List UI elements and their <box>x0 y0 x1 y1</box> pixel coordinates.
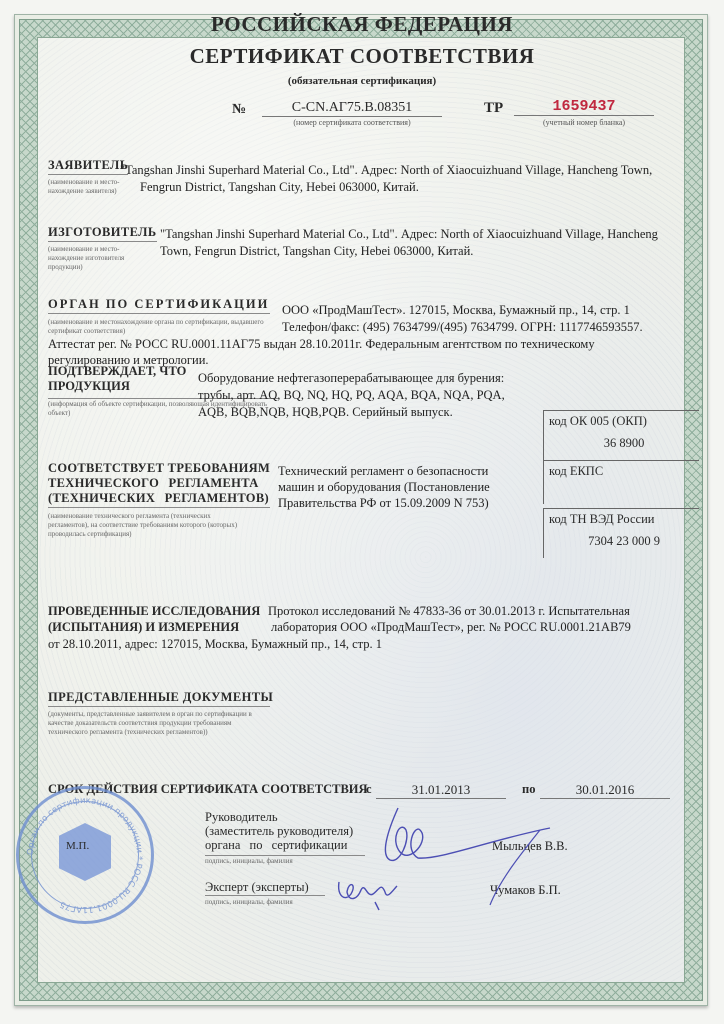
seal-label: М.П. <box>66 840 89 852</box>
svg-text:Орган по сертификации продукци: Орган по сертификации продукции * РОСС R… <box>26 796 144 914</box>
code-okp-label: код ОК 005 (ОКП) <box>549 414 699 429</box>
tests-label-line2: (ИСПЫТАНИЯ) И ИЗМЕРЕНИЯ <box>48 619 260 635</box>
code-ekps-box: код ЕКПС <box>543 460 699 504</box>
product-label-line2: ПРОДУКЦИЯ <box>48 379 186 394</box>
documents-caption: (документы, представленные заявителем в … <box>48 710 266 737</box>
regulations-caption: (наименование технического регламента (т… <box>48 512 248 539</box>
head-title-line1: Руководитель <box>205 810 353 824</box>
cert-body-line3: Аттестат рег. № РОСС RU.0001.11АГ75 выда… <box>48 336 595 353</box>
country-title: РОССИЙСКАЯ ФЕДЕРАЦИЯ <box>0 12 724 37</box>
manufacturer-label: ИЗГОТОВИТЕЛЬ <box>48 225 157 242</box>
tests-line2: лаборатория ООО «ПродМашТест», рег. № РО… <box>271 619 631 636</box>
tests-label-line1: ПРОВЕДЕННЫЕ ИССЛЕДОВАНИЯ <box>48 603 260 619</box>
head-signature-rule <box>205 855 365 856</box>
product-line1: Оборудование нефтегазоперерабатывающее д… <box>198 370 504 387</box>
code-tnved-box: код ТН ВЭД России 7304 23 000 9 <box>543 508 699 558</box>
head-title-line2: (заместитель руководителя) <box>205 824 353 838</box>
expert-signature <box>335 872 405 912</box>
stamp-ring-text: Орган по сертификации продукции * РОСС R… <box>26 796 144 914</box>
validity-from-label: с <box>366 782 372 797</box>
code-okp-box: код ОК 005 (ОКП) 36 8900 <box>543 410 699 461</box>
expert-label: Эксперт (эксперты) <box>205 880 309 895</box>
regulations-label-line1: СООТВЕТСТВУЕТ ТРЕБОВАНИЯМ <box>48 461 270 476</box>
tests-line1: Протокол исследований № 47833-36 от 30.0… <box>268 603 630 620</box>
document-title: СЕРТИФИКАТ СООТВЕТСТВИЯ <box>0 44 724 69</box>
regulations-label-line2: ТЕХНИЧЕСКОГО РЕГЛАМЕНТА <box>48 476 270 491</box>
code-tnved-value: 7304 23 000 9 <box>549 534 699 549</box>
official-stamp: Орган по сертификации продукции * РОСС R… <box>16 786 154 924</box>
regulations-line3: Правительства РФ от 15.09.2009 N 753) <box>278 495 489 512</box>
product-label-line1: ПОДТВЕРЖДАЕТ, ЧТО <box>48 364 186 379</box>
validity-to-label: по <box>522 782 535 797</box>
head-signature <box>370 800 610 910</box>
head-title: Руководитель (заместитель руководителя) … <box>205 810 353 852</box>
cert-body-line2: Телефон/факс: (495) 7634799/(495) 763479… <box>282 319 643 336</box>
document-subtitle: (обязательная сертификация) <box>0 75 724 87</box>
regulations-label-rule <box>48 507 270 508</box>
validity-from-date: 31.01.2013 <box>376 782 506 799</box>
head-caption: подпись, инициалы, фамилия <box>205 857 293 866</box>
code-ekps-label: код ЕКПС <box>549 464 699 479</box>
cert-body-line1: ООО «ПродМашТест». 127015, Москва, Бумаж… <box>282 302 630 319</box>
tests-label: ПРОВЕДЕННЫЕ ИССЛЕДОВАНИЯ (ИСПЫТАНИЯ) И И… <box>48 603 260 635</box>
code-tnved-label: код ТН ВЭД России <box>549 512 699 527</box>
product-label: ПОДТВЕРЖДАЕТ, ЧТО ПРОДУКЦИЯ <box>48 364 186 394</box>
documents-label: ПРЕДСТАВЛЕННЫЕ ДОКУМЕНТЫ <box>48 690 270 707</box>
stamp-text-ring: Орган по сертификации продукции * РОСС R… <box>19 789 151 921</box>
manufacturer-caption: (наименование и место-нахождение изготов… <box>48 245 148 272</box>
applicant-text: "Tangshan Jinshi Superhard Material Co.,… <box>140 162 660 196</box>
cert-body-caption: (наименование и местонахождение органа п… <box>48 318 274 336</box>
regulations-line2: машин и оборудования (Постановление <box>278 479 490 496</box>
expert-signature-rule <box>205 895 325 896</box>
code-okp-value: 36 8900 <box>549 436 699 451</box>
head-title-line3: органа по сертификации <box>205 838 353 852</box>
regulations-label: СООТВЕТСТВУЕТ ТРЕБОВАНИЯМ ТЕХНИЧЕСКОГО Р… <box>48 461 270 506</box>
cert-body-label: ОРГАН ПО СЕРТИФИКАЦИИ <box>48 297 270 314</box>
applicant-caption: (наименование и место-нахождение заявите… <box>48 178 130 196</box>
regulations-label-line3: (ТЕХНИЧЕСКИХ РЕГЛАМЕНТОВ) <box>48 491 270 506</box>
applicant-label: ЗАЯВИТЕЛЬ <box>48 158 128 175</box>
product-line2: трубы, арт. AQ, BQ, NQ, HQ, PQ, AQA, BQA… <box>198 387 505 404</box>
tests-line3: от 28.10.2011, адрес: 127015, Москва, Бу… <box>48 636 382 653</box>
product-line3: AQB, BQB,NQB, HQB,PQB. Серийный выпуск. <box>198 404 453 421</box>
validity-to-date: 30.01.2016 <box>540 782 670 799</box>
manufacturer-text: "Tangshan Jinshi Superhard Material Co.,… <box>160 226 680 260</box>
regulations-line1: Технический регламент о безопасности <box>278 463 488 480</box>
expert-caption: подпись, инициалы, фамилия <box>205 898 293 907</box>
